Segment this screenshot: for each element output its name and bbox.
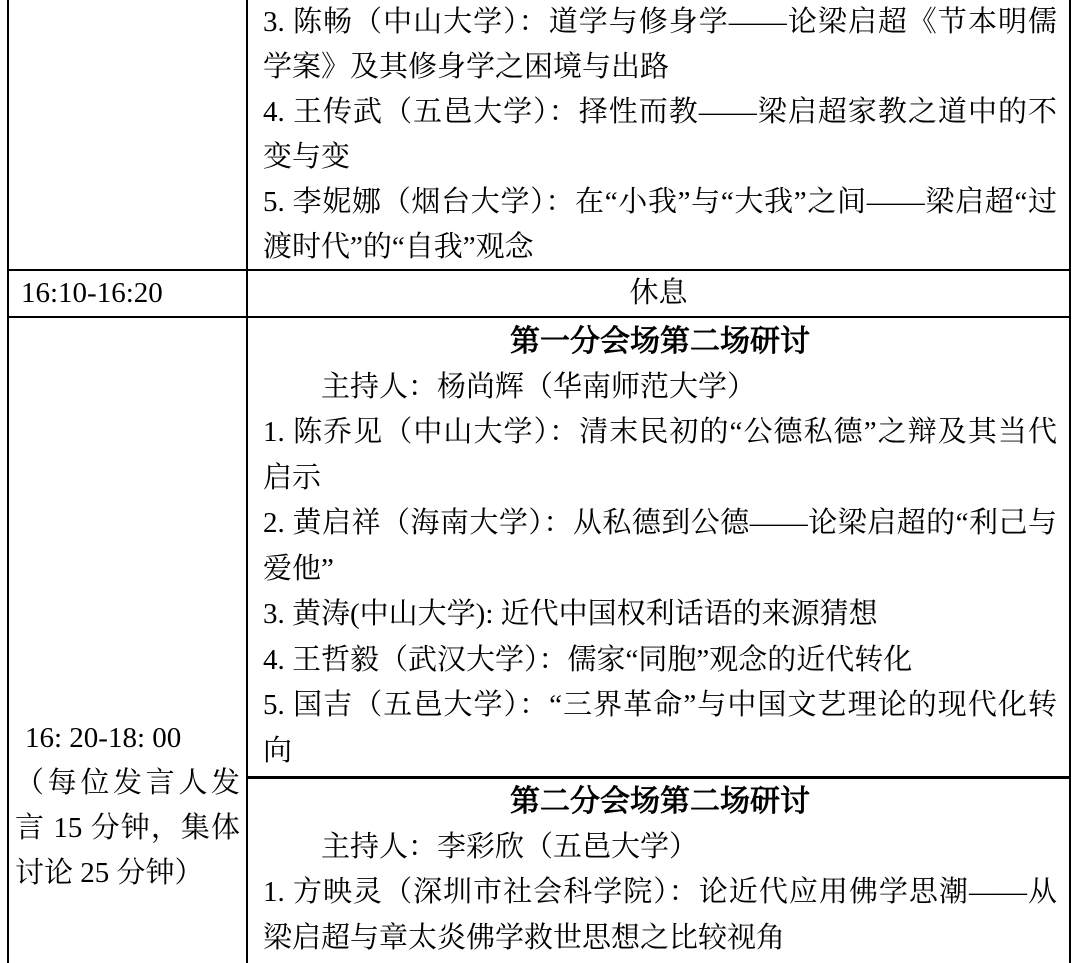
session-host: 主持人：李彩欣（五邑大学） <box>263 825 1057 871</box>
break-time: 16:10-16:20 <box>21 271 163 316</box>
session-time-cell: 16: 20-18: 00 （每位发言人发言 15 分钟，集体讨论 25 分钟） <box>9 318 246 963</box>
agenda-item: 3. 陈畅（中山大学）：道学与修身学——论梁启超《节本明儒学案》及其修身学之困境… <box>263 0 1057 90</box>
break-label: 休息 <box>629 271 687 316</box>
break-label-cell: 休息 <box>248 271 1069 316</box>
session-time-note: （每位发言人发言 15 分钟，集体讨论 25 分钟） <box>15 761 240 896</box>
agenda-item: 4. 王哲毅（武汉大学）：儒家“同胞”观念的近代转化 <box>263 638 1057 684</box>
agenda-item: 5. 李妮娜（烟台大学）：在“小我”与“大我”之间——梁启超“过渡时代”的“自我… <box>263 180 1057 269</box>
session-title: 第二分会场第二场研讨 <box>263 779 1057 825</box>
table-border-right <box>1069 0 1071 963</box>
conference-schedule-page: 3. 陈畅（中山大学）：道学与修身学——论梁启超《节本明儒学案》及其修身学之困境… <box>0 0 1080 963</box>
agenda-item: 1. 陈乔见（中山大学）：清末民初的“公德私德”之辩及其当代启示 <box>263 410 1057 501</box>
session-items-cell: 3. 陈畅（中山大学）：道学与修身学——论梁启超《节本明儒学案》及其修身学之困境… <box>248 0 1069 269</box>
agenda-item: 5. 国吉（五邑大学）：“三界革命”与中国文艺理论的现代化转向 <box>263 683 1057 774</box>
agenda-item: 4. 王传武（五邑大学）：择性而教——梁启超家教之道中的不变与变 <box>263 90 1057 180</box>
agenda-item: 2. 黄启祥（海南大学）：从私德到公德——论梁启超的“利己与爱他” <box>263 501 1057 592</box>
agenda-item: 1. 方映灵（深圳市社会科学院）：论近代应用佛学思潮——从梁启超与章太炎佛学救世… <box>263 870 1057 961</box>
agenda-item: 3. 黄涛(中山大学): 近代中国权利话语的来源猜想 <box>263 592 1057 638</box>
session-title: 第一分会场第二场研讨 <box>263 319 1057 365</box>
break-time-cell: 16:10-16:20 <box>9 271 246 316</box>
venue-one-session-two-cell: 第一分会场第二场研讨 主持人：杨尚辉（华南师范大学） 1. 陈乔见（中山大学）：… <box>248 318 1069 776</box>
session-host: 主持人：杨尚辉（华南师范大学） <box>263 365 1057 411</box>
session-time-range: 16: 20-18: 00 <box>15 716 240 761</box>
venue-two-session-two-cell: 第二分会场第二场研讨 主持人：李彩欣（五邑大学） 1. 方映灵（深圳市社会科学院… <box>248 779 1069 963</box>
